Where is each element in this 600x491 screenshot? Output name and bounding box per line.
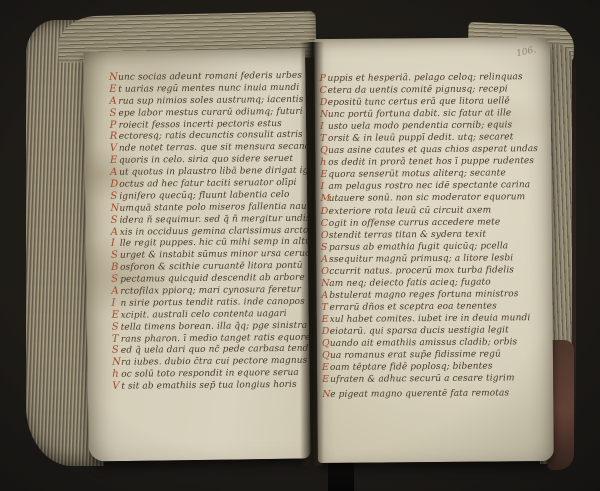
line-initial: D — [110, 179, 119, 190]
line-initial: E — [110, 155, 119, 166]
line-text: ectoresq; ratis decunctis consulit astri… — [119, 130, 303, 142]
line-initial: S — [109, 107, 118, 118]
line-text: unc socias adeunt romani federis urbes — [118, 71, 302, 83]
line-text: roiecit fessos incerti pectoris estus — [119, 119, 282, 131]
line-text: bstulerat magno reges fortuna ministros — [329, 289, 518, 301]
line-text: utauere sonū. non sic moderator equorum — [329, 193, 526, 205]
line-text: oc solū toto respondit in equore serua — [121, 368, 299, 380]
line-text: uas asine cautes et quas chios asperat u… — [328, 144, 538, 156]
line-initial: I — [111, 298, 120, 309]
line-text: am pelagus rostro nec idē spectante cari… — [328, 181, 530, 193]
line-text: ogit in offense currus accedere mete — [329, 217, 501, 228]
line-text: uando ait emathiis amissus cladib; orbis — [330, 337, 518, 349]
right-page-text: Puppis et hesperiā. pelago celoq; relinq… — [319, 71, 540, 401]
manuscript-line: Eufraten & adhuc securū a cesare tigrim — [322, 372, 540, 386]
line-text: t uarias regū mentes nunc inuia mundi — [118, 83, 299, 95]
line-initial: S — [112, 321, 121, 332]
line-text: usto uela modo pendentia cornib; equis — [328, 121, 512, 133]
line-text: uppis et hesperiā. pelago celoq; relinqu… — [327, 72, 522, 84]
line-text: xcipit. australi celo contenta uagari — [120, 309, 286, 321]
line-initial: A — [110, 167, 119, 178]
line-initial: P — [109, 119, 118, 130]
line-text: ut quotus in plaustro libā bene dirigat … — [119, 166, 311, 178]
line-text: pectamus quicquid descendit ab arbore sū… — [120, 273, 311, 285]
line-text: rans pharon. ī medio tanget ratis equore… — [121, 332, 311, 344]
line-initial: E — [111, 310, 120, 321]
line-initial: A — [109, 96, 118, 107]
book-gutter — [300, 42, 324, 466]
manuscript-line: Vt sit ab emathiis sep̄ tua longius hori… — [112, 379, 311, 393]
line-text: quoris in celo. siria quo sidere seruet — [119, 154, 293, 166]
line-text: ua romanus erat sup̄e fidissime regū — [330, 349, 501, 360]
line-text: ccurrit natus. procerū mox turba fidelis — [329, 265, 514, 277]
line-text: epositū tunc certus erā que litora uellē — [328, 96, 510, 108]
line-initial: S — [110, 214, 119, 225]
manuscript-line: Ne pigeat magno querentē fata remotas — [322, 387, 540, 401]
line-initial: S — [112, 345, 121, 356]
line-text: oam tēptare fidē poplosq; bibentes — [330, 362, 493, 373]
line-initial: A — [111, 286, 120, 297]
line-text: n sirie portus tendit ratis. inde canopo… — [120, 297, 305, 309]
line-initial: h — [112, 369, 121, 380]
line-initial: V — [112, 381, 121, 392]
left-page-text: Nunc socias adeunt romani federis urbes … — [109, 69, 311, 392]
line-initial: R — [110, 131, 119, 142]
line-initial: N — [109, 72, 118, 83]
line-initial: S — [111, 274, 120, 285]
line-text: rctofilax ppiorq; mari cynosura feretur — [120, 285, 301, 297]
line-text: os dedit in prorā tenet hos ī puppe rude… — [328, 156, 534, 168]
line-text: ra iubes. dubio c̄tra cui pectore magnus — [121, 356, 307, 368]
line-text: ignifero quecūq; fluunt labentia celo — [119, 190, 289, 202]
line-initial: I — [111, 238, 120, 249]
line-text: e pigeat magno querentē fata remotas — [330, 389, 509, 401]
line-text: octus ad hec fatur taciti seruator olīpi — [119, 178, 296, 190]
line-initial: T — [112, 333, 121, 344]
folio-number: 106. — [515, 45, 537, 59]
line-text: t sit ab emathiis sep̄ tua longius horis — [121, 380, 297, 392]
line-text: exteriore rota leuū cū circuit axem — [329, 205, 492, 216]
line-text: xul habet comites. iubet ire in deuia mu… — [330, 313, 531, 325]
line-text: idera ñ sequimur. sed q̄ ñ mergitur undi… — [119, 213, 310, 225]
line-text: quora senserūt motus aliterq; secante — [328, 169, 506, 181]
line-text: urget & instabit sūmus minor ursa ceruch… — [120, 249, 311, 261]
line-text: parsus ab emathia fugit quicūq; pcella — [329, 241, 508, 253]
line-text: epe labor mestus curarū odiumq; futuri — [118, 106, 302, 118]
line-initial: B — [111, 262, 120, 273]
line-initial: N — [112, 357, 121, 368]
line-text: am neq; deiecto fatis acieq; fugato — [329, 277, 491, 288]
line-text: errarū dños et sceptra eoa tenentes — [329, 301, 496, 312]
manuscript-book: Nunc socias adeunt romani federis urbes … — [0, 0, 600, 491]
line-initial: V — [110, 143, 119, 154]
line-text: unc portū fortuna dabit. sic fatur at il… — [328, 108, 512, 120]
line-text: umquā stante polo miseros fallentia naut… — [119, 201, 310, 213]
line-text: ssequitur magnū primusq; a litore lesbi — [329, 253, 513, 265]
line-text: ufraten & adhuc securū a cesare tigrim — [330, 373, 515, 385]
left-page: Nunc socias adeunt romani federis urbes … — [83, 48, 311, 461]
line-initial: S — [110, 191, 119, 202]
line-text: rua sup nimios soles austrumq; iacentis — [118, 95, 303, 107]
right-page: 106. Puppis et hesperiā. pelago celoq; r… — [314, 37, 554, 463]
line-initial: A — [111, 226, 120, 237]
line-text: orsit & in leuū puppī dedit. utq; secare… — [328, 133, 514, 145]
line-initial: S — [111, 250, 120, 261]
line-text: tella timens borean. illa q̄q; pge sinis… — [121, 320, 308, 332]
photo-background: Nunc socias adeunt romani federis urbes … — [0, 0, 600, 491]
line-text: eiotarū. qui sparsa ducis uestigia legit — [330, 325, 509, 337]
line-text: stendit terras titan & sydera texit — [329, 229, 486, 240]
line-text: etera da uentis comitē pignusq; recepi — [328, 84, 508, 96]
line-initial: E — [109, 84, 118, 95]
line-text: osforon & scithie curuantē litora pontū — [120, 261, 303, 273]
line-initial: N — [110, 203, 119, 214]
